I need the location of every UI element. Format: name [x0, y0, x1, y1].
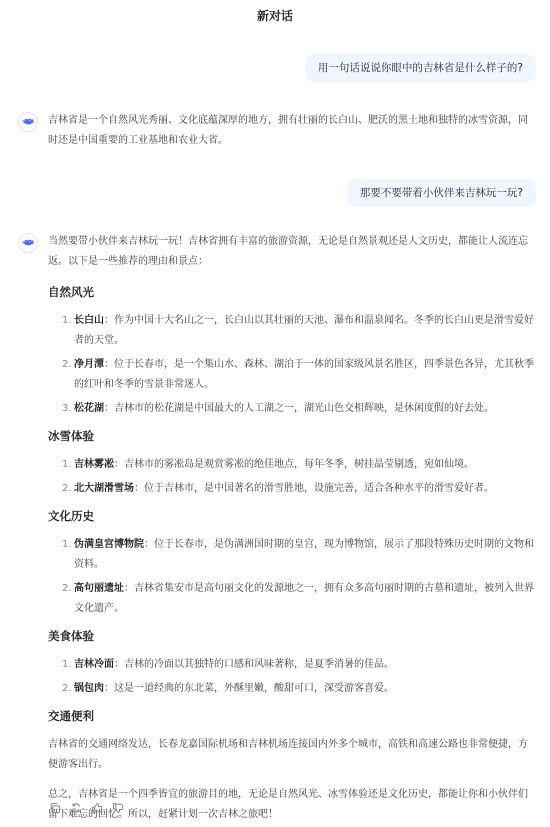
item-desc: 这是一道经典的东北菜，外酥里嫩，酸甜可口，深受游客喜爱。 — [114, 683, 394, 694]
item-name: 高句丽遗址 — [74, 583, 124, 594]
item-number: 2. — [62, 679, 72, 699]
copy-icon — [49, 802, 61, 814]
assistant-message: 吉林省是一个自然风光秀丽、文化底蕴深厚的地方，拥有壮丽的长白山、肥沃的黑土地和独… — [48, 111, 536, 151]
chat-page: 新对话 用一句话说说你眼中的吉林省是什么样子的? 吉林省是一个自然风光秀丽、文化… — [0, 0, 550, 827]
dislike-button[interactable] — [111, 801, 125, 815]
item-desc: 位于吉林市，是中国著名的滑雪胜地，设施完善，适合各种水平的滑雪爱好者。 — [144, 483, 494, 494]
list-item: 1.伪满皇宫博物院：位于长春市，是伪满洲国时期的皇宫，现为博物馆，展示了那段特殊… — [64, 535, 536, 575]
item-desc: 吉林市的雾凇岛是观赏雾凇的绝佳地点，每年冬季，树挂晶莹剔透，宛如仙境。 — [124, 459, 474, 470]
item-separator: ： — [114, 459, 124, 470]
list-item: 1.吉林冷面：吉林的冷面以其独特的口感和风味著称，是夏季消暑的佳品。 — [64, 655, 536, 675]
section-title: 美食体验 — [48, 626, 536, 646]
section-title: 自然风光 — [48, 282, 536, 302]
section-list: 1.吉林雾凇：吉林市的雾凇岛是观赏雾凇的绝佳地点，每年冬季，树挂晶莹剔透，宛如仙… — [48, 455, 536, 499]
item-name: 长白山 — [74, 315, 104, 326]
list-item: 2.净月潭：位于长春市，是一个集山水、森林、湖泊于一体的国家级风景名胜区，四季景… — [64, 355, 536, 395]
item-number: 2. — [62, 479, 72, 499]
section-title: 冰雪体验 — [48, 426, 536, 446]
whale-logo-icon — [21, 115, 35, 129]
item-separator: ： — [124, 583, 134, 594]
list-item: 2.高句丽遗址：吉林省集安市是高句丽文化的发源地之一，拥有众多高句丽时期的古墓和… — [64, 579, 536, 619]
page-title: 新对话 — [0, 0, 550, 32]
item-desc: 作为中国十大名山之一，长白山以其壮丽的天池、瀑布和温泉闻名。冬季的长白山更是滑雪… — [74, 315, 534, 346]
section-list: 1.吉林冷面：吉林的冷面以其独特的口感和风味著称，是夏季消暑的佳品。 2.锅包肉… — [48, 655, 536, 699]
section-list: 1.伪满皇宫博物院：位于长春市，是伪满洲国时期的皇宫，现为博物馆，展示了那段特殊… — [48, 535, 536, 619]
section-list: 1.长白山：作为中国十大名山之一，长白山以其壮丽的天池、瀑布和温泉闻名。冬季的长… — [48, 311, 536, 419]
thumbs-up-icon — [91, 802, 103, 814]
item-number: 3. — [62, 399, 72, 419]
list-item: 1.长白山：作为中国十大名山之一，长白山以其壮丽的天池、瀑布和温泉闻名。冬季的长… — [64, 311, 536, 351]
item-separator: ： — [104, 315, 114, 326]
list-item: 3.松花湖：吉林市的松花湖是中国最大的人工湖之一，湖光山色交相辉映，是休闲度假的… — [64, 399, 536, 419]
assistant-avatar — [18, 112, 38, 132]
item-number: 1. — [62, 535, 72, 555]
section-title: 文化历史 — [48, 506, 536, 526]
item-number: 2. — [62, 579, 72, 599]
item-separator: ： — [104, 359, 114, 370]
item-desc: 吉林的冷面以其独特的口感和风味著称，是夏季消暑的佳品。 — [124, 659, 394, 670]
item-name: 伪满皇宫博物院 — [74, 539, 144, 550]
item-desc: 吉林市的松花湖是中国最大的人工湖之一，湖光山色交相辉映，是休闲度假的好去处。 — [114, 403, 494, 414]
assistant-intro: 当然要带小伙伴来吉林玩一玩！吉林省拥有丰富的旅游资源，无论是自然景观还是人文历史… — [48, 232, 536, 272]
regenerate-button[interactable] — [69, 801, 83, 815]
item-separator: ： — [114, 659, 124, 670]
item-number: 1. — [62, 455, 72, 475]
list-item: 2.锅包肉：这是一道经典的东北菜，外酥里嫩，酸甜可口，深受游客喜爱。 — [64, 679, 536, 699]
section-paragraph: 吉林省的交通网络发达，长春龙嘉国际机场和吉林机场连接国内外多个城市，高铁和高速公… — [48, 735, 536, 775]
copy-button[interactable] — [48, 801, 62, 815]
item-separator: ： — [134, 483, 144, 494]
item-number: 2. — [62, 355, 72, 375]
whale-logo-icon — [21, 236, 35, 250]
user-message: 用一句话说说你眼中的吉林省是什么样子的? — [305, 54, 536, 82]
assistant-text: 吉林省是一个自然风光秀丽、文化底蕴深厚的地方，拥有壮丽的长白山、肥沃的黑土地和独… — [48, 111, 536, 151]
item-name: 松花湖 — [74, 403, 104, 414]
like-button[interactable] — [90, 801, 104, 815]
section-title: 交通便利 — [48, 706, 536, 726]
message-actions — [48, 801, 125, 815]
item-desc: 吉林省集安市是高句丽文化的发源地之一，拥有众多高句丽时期的古墓和遗址，被列入世界… — [74, 583, 534, 614]
thumbs-down-icon — [112, 802, 124, 814]
item-name: 锅包肉 — [74, 683, 104, 694]
user-message: 那要不要带着小伙伴来吉林玩一玩? — [347, 179, 536, 207]
item-separator: ： — [104, 683, 114, 694]
item-name: 净月潭 — [74, 359, 104, 370]
item-separator: ： — [104, 403, 114, 414]
list-item: 2.北大湖滑雪场：位于吉林市，是中国著名的滑雪胜地，设施完善，适合各种水平的滑雪… — [64, 479, 536, 499]
item-number: 1. — [62, 311, 72, 331]
item-name: 北大湖滑雪场 — [74, 483, 134, 494]
refresh-icon — [70, 802, 82, 814]
assistant-message: 当然要带小伙伴来吉林玩一玩！吉林省拥有丰富的旅游资源，无论是自然景观还是人文历史… — [48, 232, 536, 825]
item-name: 吉林冷面 — [74, 659, 114, 670]
item-separator: ： — [144, 539, 154, 550]
assistant-avatar — [18, 233, 38, 253]
list-item: 1.吉林雾凇：吉林市的雾凇岛是观赏雾凇的绝佳地点，每年冬季，树挂晶莹剔透，宛如仙… — [64, 455, 536, 475]
item-name: 吉林雾凇 — [74, 459, 114, 470]
item-number: 1. — [62, 655, 72, 675]
item-desc: 位于长春市，是一个集山水、森林、湖泊于一体的国家级风景名胜区，四季景色各异，尤其… — [74, 359, 534, 390]
